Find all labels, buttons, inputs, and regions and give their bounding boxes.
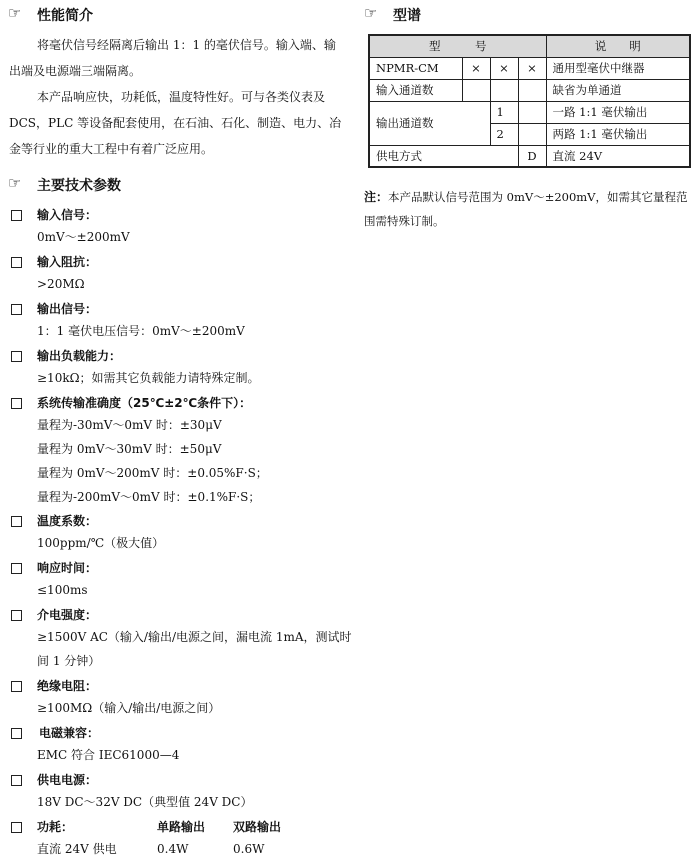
param-value: 18V DC～32V DC（典型值 24V DC） <box>37 789 252 815</box>
param-value: ≥100MΩ（输入/输出/电源之间） <box>37 695 220 721</box>
cell-model-name: NPMR-CM <box>369 57 462 79</box>
model-title: 型谱 <box>393 5 421 25</box>
param-value: 量程为 0mV～200mV 时：±0.05%F·S； <box>37 460 268 486</box>
param-label: 响应时间： <box>37 559 97 576</box>
checkbox-icon <box>11 257 22 268</box>
param-value: EMC 符合 IEC61000—4 <box>37 742 179 768</box>
checkbox-icon <box>11 681 22 692</box>
checkbox-icon <box>11 351 22 362</box>
note-line2: 围需特殊订制。 <box>364 208 445 234</box>
param-label: 功耗： <box>37 818 73 835</box>
power-row-label: 直流 24V 供电 <box>37 836 117 855</box>
param-value: 量程为-30mV～0mV 时：±30μV <box>37 412 222 438</box>
param-value: 1：1 毫伏电压信号：0mV～±200mV <box>37 318 245 344</box>
cell-empty <box>518 123 546 145</box>
param-label: 供电电源： <box>37 771 97 788</box>
intro-para1-line2: 出端及电源端三端隔离。 <box>9 58 141 84</box>
param-value: 间 1 分钟） <box>37 648 100 674</box>
intro-para2-line1: 本产品响应快，功耗低，温度特性好。可与各类仪表及 <box>37 84 325 110</box>
power-col-single: 单路输出 <box>157 818 205 835</box>
table-row: NPMR-CM × × × 通用型毫伏中继器 <box>369 57 690 79</box>
params-title: 主要技术参数 <box>37 175 121 195</box>
cell-code: × <box>490 57 518 79</box>
param-value: 量程为-200mV～0mV 时：±0.1%F·S； <box>37 484 260 510</box>
intro-para2-line3: 金等行业的重大工程中有着广泛应用。 <box>9 136 213 162</box>
cell-empty <box>490 79 518 101</box>
cell-description: 两路 1:1 毫伏输出 <box>546 123 690 145</box>
table-row: 输出通道数 1 一路 1:1 毫伏输出 <box>369 101 690 123</box>
param-label: 输入阻抗： <box>37 253 97 270</box>
table-row: 供电方式 D 直流 24V <box>369 145 690 167</box>
checkbox-icon <box>11 822 22 833</box>
param-value: 量程为 0mV～30mV 时：±50μV <box>37 436 221 462</box>
cell-code: × <box>462 57 490 79</box>
param-label: 输入信号： <box>37 206 97 223</box>
param-label: 输出信号： <box>37 300 97 317</box>
param-value: 0mV～±200mV <box>37 224 130 250</box>
checkbox-icon <box>11 398 22 409</box>
checkbox-icon <box>11 304 22 315</box>
note-line1: 注：本产品默认信号范围为 0mV～±200mV，如需其它量程范 <box>364 184 688 210</box>
pointing-hand-icon: ☞ <box>8 4 21 22</box>
cell-code: 1 <box>490 101 518 123</box>
cell-empty <box>518 101 546 123</box>
pointing-hand-icon: ☞ <box>364 4 377 22</box>
cell-model-name: 供电方式 <box>369 145 518 167</box>
cell-empty <box>518 79 546 101</box>
param-label: 电磁兼容： <box>39 724 99 741</box>
note-text: 本产品默认信号范围为 0mV～±200mV，如需其它量程范 <box>388 190 687 204</box>
param-label: 介电强度： <box>37 606 97 623</box>
header-model: 型 号 <box>369 35 546 57</box>
param-label: 温度系数： <box>37 512 97 529</box>
cell-model-name: 输出通道数 <box>369 101 490 145</box>
param-label: 系统传输准确度（25℃±2℃条件下）： <box>37 394 251 411</box>
power-value-dual: 0.6W <box>233 836 264 855</box>
cell-description: 缺省为单通道 <box>546 79 690 101</box>
param-value: 100ppm/℃（极大值） <box>37 530 164 556</box>
cell-code: × <box>518 57 546 79</box>
pointing-hand-icon: ☞ <box>8 174 21 192</box>
checkbox-icon <box>11 610 22 621</box>
intro-para2-line2: DCS，PLC 等设备配套使用，在石油、石化、制造、电力、冶 <box>9 110 341 136</box>
table-row: 输入通道数 缺省为单通道 <box>369 79 690 101</box>
cell-description: 通用型毫伏中继器 <box>546 57 690 79</box>
checkbox-icon <box>11 516 22 527</box>
power-col-dual: 双路输出 <box>233 818 281 835</box>
table-header-row: 型 号 说 明 <box>369 35 690 57</box>
cell-code: 2 <box>490 123 518 145</box>
intro-title: 性能简介 <box>37 5 93 25</box>
intro-para1-line1: 将毫伏信号经隔离后输出 1：1 的毫伏信号。输入端、输 <box>37 32 336 58</box>
cell-model-name: 输入通道数 <box>369 79 462 101</box>
cell-description: 直流 24V <box>546 145 690 167</box>
power-value-single: 0.4W <box>157 836 188 855</box>
param-value: >20MΩ <box>37 271 85 297</box>
param-value: ≥10kΩ；如需其它负载能力请特殊定制。 <box>37 365 260 391</box>
header-description: 说 明 <box>546 35 690 57</box>
param-value: ≤100ms <box>37 577 88 603</box>
checkbox-icon <box>11 563 22 574</box>
cell-empty <box>462 79 490 101</box>
checkbox-icon <box>11 775 22 786</box>
cell-description: 一路 1:1 毫伏输出 <box>546 101 690 123</box>
cell-code: D <box>518 145 546 167</box>
checkbox-icon <box>11 728 22 739</box>
param-value: ≥1500V AC（输入/输出/电源之间，漏电流 1mA，测试时 <box>37 624 352 650</box>
note-label: 注： <box>364 190 388 204</box>
param-label: 绝缘电阻： <box>37 677 97 694</box>
checkbox-icon <box>11 210 22 221</box>
model-spec-table: 型 号 说 明 NPMR-CM × × × 通用型毫伏中继器 输入通道数 缺省为… <box>368 34 691 168</box>
param-label: 输出负载能力： <box>37 347 121 364</box>
